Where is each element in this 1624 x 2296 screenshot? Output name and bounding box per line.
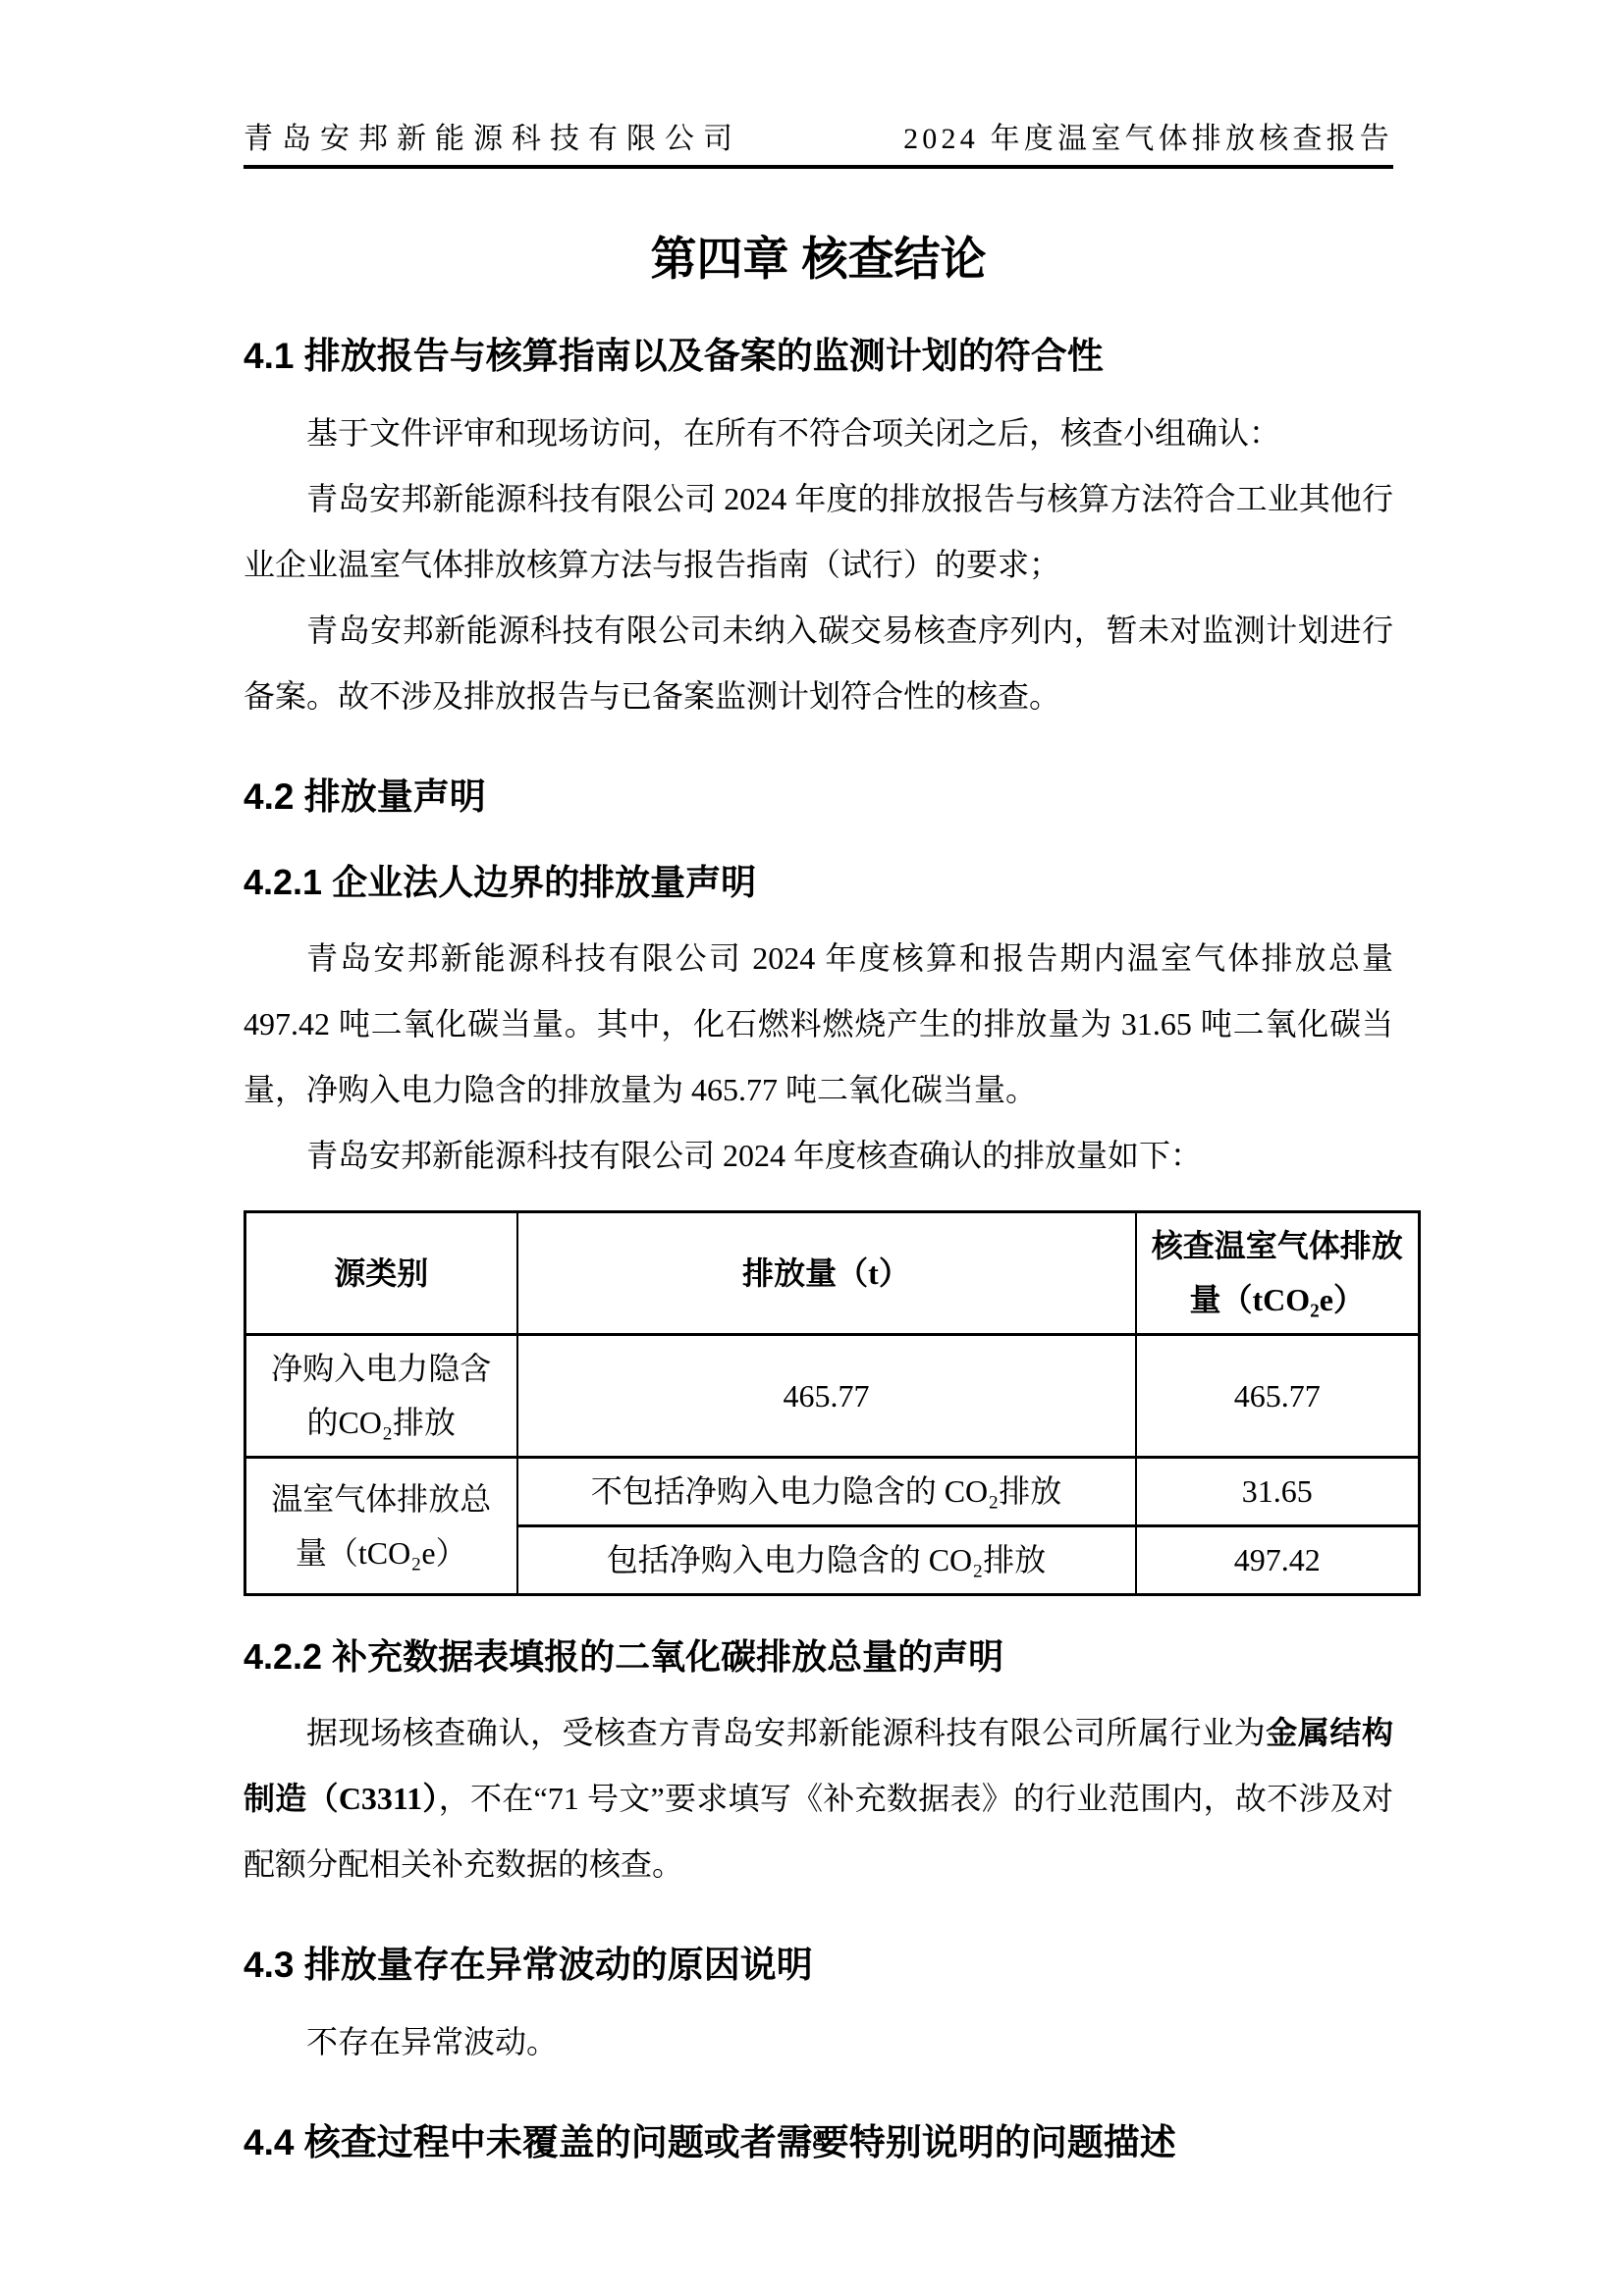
section-heading-4-2-2: 4.2.2 补充数据表填报的二氧化碳排放总量的声明 <box>244 1633 1393 1681</box>
running-header: 青岛安邦新能源科技有限公司 2024 年度温室气体排放核查报告 <box>244 0 1393 169</box>
cell-total-incl-value: 497.42 <box>1136 1526 1420 1595</box>
table-header-row: 源类别 排放量（t） 核查温室气体排放量（tCO₂e） <box>245 1212 1420 1335</box>
cell-total-excl-value: 31.65 <box>1136 1458 1420 1526</box>
cell-electricity-emission: 465.77 <box>517 1335 1136 1458</box>
cell-electricity-verified: 465.77 <box>1136 1335 1420 1458</box>
table-row-total-excl: 温室气体排放总量（tCO₂e） 不包括净购入电力隐含的 CO₂排放 31.65 <box>245 1458 1420 1526</box>
paragraph-4-2-1-2: 青岛安邦新能源科技有限公司 2024 年度核查确认的排放量如下： <box>244 1123 1393 1189</box>
paragraph-4-2-2-text-1: 据现场核查确认，受核查方青岛安邦新能源科技有限公司所属行业为 <box>306 1715 1266 1750</box>
paragraph-4-2-1-1: 青岛安邦新能源科技有限公司 2024 年度核算和报告期内温室气体排放总量 497… <box>244 926 1393 1123</box>
section-heading-4-2-1: 4.2.1 企业法人边界的排放量声明 <box>244 859 1393 906</box>
cell-total-excl-label: 不包括净购入电力隐含的 CO₂排放 <box>517 1458 1136 1526</box>
cell-total-source: 温室气体排放总量（tCO₂e） <box>245 1458 517 1595</box>
header-report-title: 2024 年度温室气体排放核查报告 <box>903 114 1393 157</box>
table-header-verified-ghg: 核查温室气体排放量（tCO₂e） <box>1136 1212 1420 1335</box>
section-heading-4-2: 4.2 排放量声明 <box>244 773 1393 822</box>
paragraph-4-1-1: 基于文件评审和现场访问，在所有不符合项关闭之后，核查小组确认： <box>244 400 1393 466</box>
cell-electricity-source: 净购入电力隐含的CO₂排放 <box>245 1335 517 1458</box>
paragraph-4-1-2: 青岛安邦新能源科技有限公司 2024 年度的排放报告与核算方法符合工业其他行业企… <box>244 466 1393 598</box>
table-header-emission: 排放量（t） <box>517 1212 1136 1335</box>
report-page: 青岛安邦新能源科技有限公司 2024 年度温室气体排放核查报告 第四章 核查结论… <box>0 0 1624 2296</box>
header-company-name: 青岛安邦新能源科技有限公司 <box>244 114 741 157</box>
verified-emissions-table: 源类别 排放量（t） 核查温室气体排放量（tCO₂e） 净购入电力隐含的CO₂排… <box>244 1210 1421 1596</box>
cell-total-incl-label: 包括净购入电力隐含的 CO₂排放 <box>517 1526 1136 1595</box>
section-heading-4-3: 4.3 排放量存在异常波动的原因说明 <box>244 1941 1393 1990</box>
section-heading-4-1: 4.1 排放报告与核算指南以及备案的监测计划的符合性 <box>244 332 1393 381</box>
paragraph-4-3-1: 不存在异常波动。 <box>244 2009 1393 2075</box>
paragraph-4-1-3: 青岛安邦新能源科技有限公司未纳入碳交易核查序列内，暂未对监测计划进行备案。故不涉… <box>244 598 1393 729</box>
table-header-source-type: 源类别 <box>245 1212 517 1335</box>
chapter-title: 第四章 核查结论 <box>244 230 1393 289</box>
page-number: 18 <box>0 2126 1624 2158</box>
paragraph-4-2-2-1: 据现场核查确认，受核查方青岛安邦新能源科技有限公司所属行业为金属结构制造（C33… <box>244 1700 1393 1897</box>
table-row-electricity: 净购入电力隐含的CO₂排放 465.77 465.77 <box>245 1335 1420 1458</box>
